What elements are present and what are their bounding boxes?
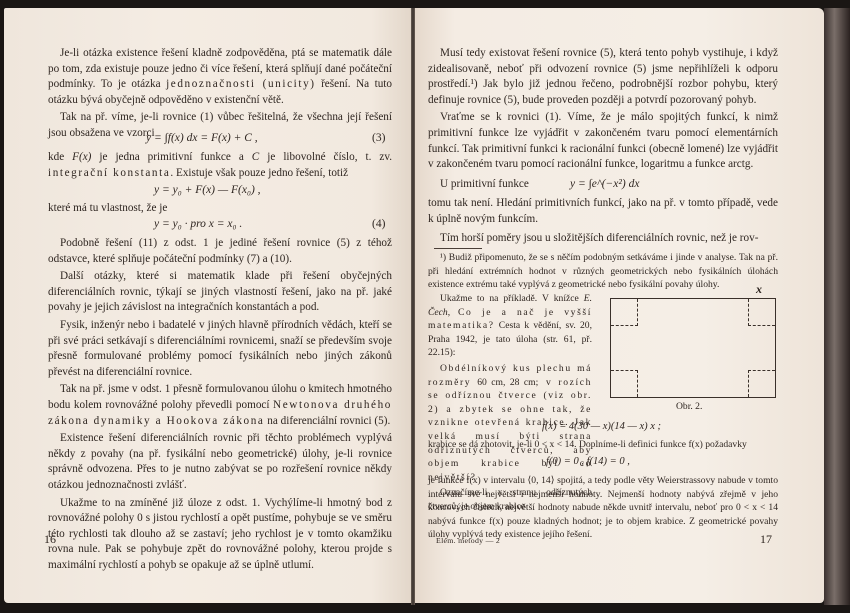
book-gutter (411, 8, 415, 605)
after-volume-text: krabice se dá zhotovit, je-li 0 < x < 14… (428, 438, 778, 452)
figure-rectangle (610, 298, 776, 398)
equation-gauss-integral: y = ∫e^(−x²) dx (570, 178, 639, 190)
footnote: ¹) Budiž připomenuto, že se s něčím podo… (428, 251, 778, 292)
paragraph-similar-solution: Podobně řešení (11) z odst. 1 je jediné … (48, 236, 392, 267)
paragraph-oscillation: Ukažme to na zmíněné již úloze z odst. 1… (48, 496, 392, 574)
cut-corner-top-left (611, 299, 638, 326)
paragraph-physicist: Fysik, inženýr nebo i badatelé v jiných … (48, 318, 392, 380)
equation-4-label: (4) (372, 218, 385, 230)
equation-3: y = ∫f(x) dx = F(x) + C , (146, 132, 258, 144)
equation-4: y = y₀ · pro x = x₀ . (154, 218, 242, 230)
conclusion-text: je funkce f(x) v intervalu ⟨0, 14⟩ spoji… (428, 474, 778, 542)
figure-x-label: x (756, 282, 762, 297)
book-edge (824, 8, 850, 605)
equation-unique-solution: y = y₀ + F(x) — F(x₀) , (154, 184, 261, 196)
paragraph-property: které má tu vlastnost, že je (48, 201, 392, 217)
paragraph-other-questions: Další otázky, které si matematik klade p… (48, 269, 392, 316)
paragraph-not-so: tomu tak není. Hledání primitivních funk… (428, 196, 778, 227)
footnote-rule (434, 248, 482, 249)
paragraph-existence: Existence řešení diferenciálních rovnic … (48, 431, 392, 493)
paragraph-must-exist: Musí tedy existovat řešení rovnice (5), … (428, 46, 778, 108)
left-body-text: Podobně řešení (11) z odst. 1 je jediné … (48, 236, 392, 573)
equation-volume: f(x) = 4(30 — x)(14 — x) x ; (542, 421, 661, 432)
right-body-top: Musí tedy existovat řešení rovnice (5), … (428, 46, 778, 192)
equation-boundary: f(0) = 0 , f(14) = 0 , (546, 456, 630, 467)
paragraph-worse: Tím horší poměry jsou u složitějších dif… (428, 231, 778, 247)
paragraph-return-eq1: Vraťme se k rovnici (1). Víme, že je mál… (428, 110, 778, 172)
equation-3-label: (3) (372, 132, 385, 144)
book-spread: Je-li otázka existence řešení kladně zod… (0, 8, 850, 605)
right-body-mid: tomu tak není. Hledání primitivních funk… (428, 196, 778, 247)
paragraph-newton-hooke: Tak na př. jsme v odst. 1 přesně formulo… (48, 382, 392, 429)
figure-caption: Obr. 2. (676, 400, 702, 414)
cut-corner-bottom-right (748, 370, 775, 397)
left-page: Je-li otázka existence řešení kladně zod… (4, 8, 412, 603)
page-number-left: 16 (44, 532, 56, 547)
cut-corner-top-right (748, 299, 775, 326)
footer-signature: Elem. metody — 2 (436, 536, 500, 545)
right-page: Musí tedy existovat řešení rovnice (5), … (414, 8, 824, 603)
cut-corner-bottom-left (611, 370, 638, 397)
paragraph-uniqueness: Je-li otázka existence řešení kladně zod… (48, 46, 392, 142)
paragraph-primitive: kde F(x) je jedna primitivní funkce a C … (48, 150, 392, 181)
page-number-right: 17 (760, 532, 772, 547)
